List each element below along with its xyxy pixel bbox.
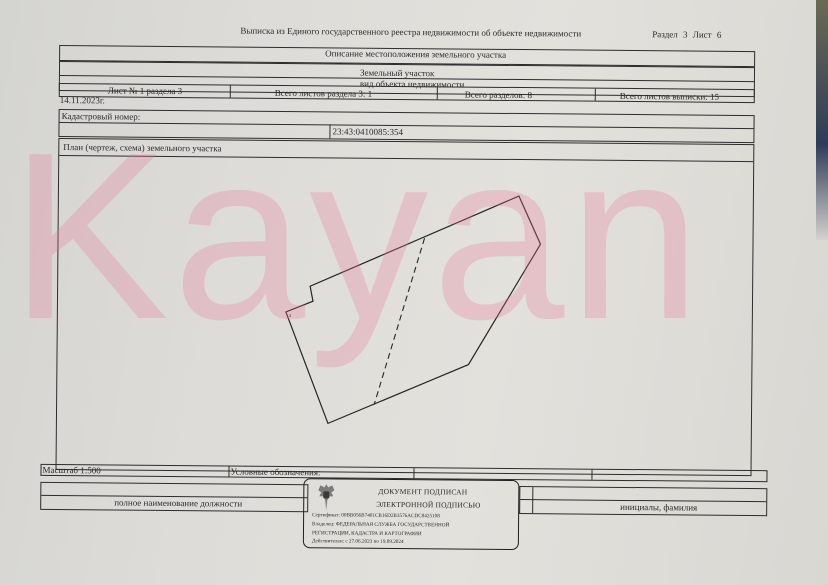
land-plot-boundary xyxy=(285,194,541,425)
point-label: з xyxy=(289,313,292,319)
document-page: Выписка из Единого государственного реес… xyxy=(0,0,823,585)
land-plot-drawing: з xyxy=(0,0,823,585)
internal-division-line xyxy=(374,238,424,405)
